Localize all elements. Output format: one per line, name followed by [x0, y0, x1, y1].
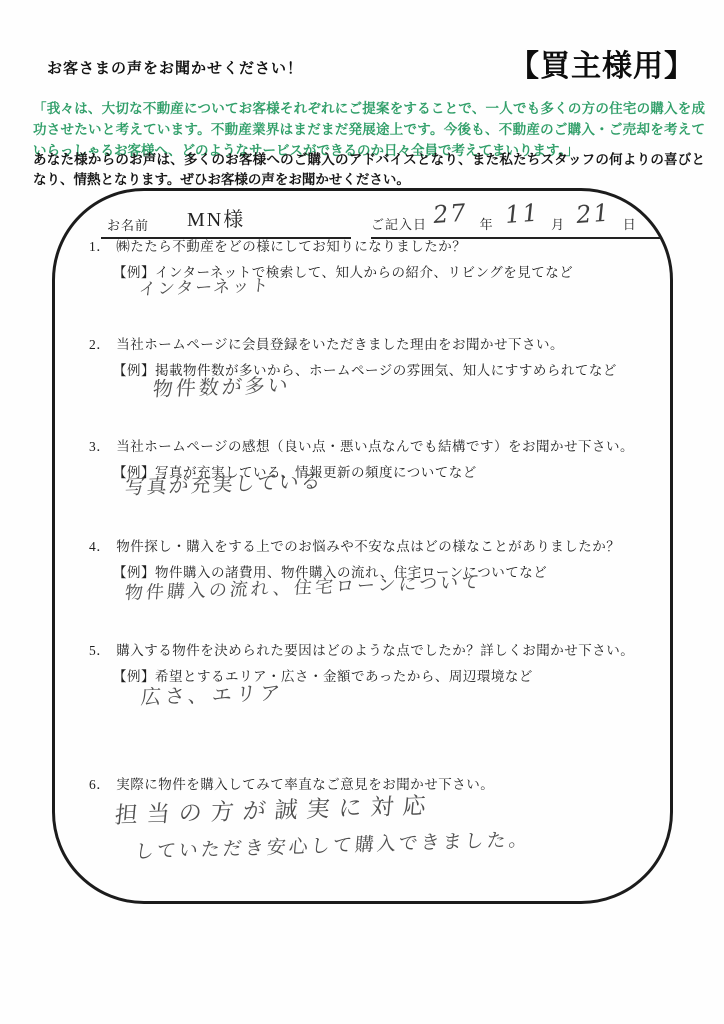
- question-2-number: 2．: [89, 333, 116, 353]
- page-title: お客さまの声をお聞かせください！: [47, 57, 303, 82]
- question-5-label: 購入する物件を決められた要因はどのような点でしたか？詳しくお聞かせ下さい。: [116, 639, 634, 659]
- question-1-handwritten-answer: インターネット: [138, 271, 272, 300]
- question-2-text: 2． 当社ホームページに会員登録をいただきました理由をお聞かせ下さい。: [89, 333, 655, 353]
- question-5-text: 5． 購入する物件を決められた要因はどのような点でしたか？詳しくお聞かせ下さい。: [89, 639, 655, 659]
- date-year-handwritten: 27: [432, 198, 469, 229]
- question-2-handwritten-answer: 物件数が多い: [152, 369, 293, 402]
- question-5-number: 5．: [89, 639, 116, 659]
- date-month-handwritten: 11: [503, 198, 540, 229]
- question-2-label: 当社ホームページに会員登録をいただきました理由をお聞かせ下さい。: [116, 333, 564, 353]
- question-4-number: 4．: [89, 535, 116, 555]
- name-value: MN様: [187, 203, 245, 232]
- question-5: 5． 購入する物件を決められた要因はどのような点でしたか？詳しくお聞かせ下さい。…: [89, 639, 655, 685]
- name-label: お名前: [107, 215, 149, 234]
- question-5-handwritten-answer: 広さ、エリア: [140, 676, 286, 710]
- question-3-label: 当社ホームページの感想（良い点・悪い点なんでも結構です）をお聞かせ下さい。: [116, 435, 634, 455]
- date-row: ご記入日 27 年 11 月 21 日: [371, 205, 661, 239]
- audience-label: 【買主様用】: [509, 52, 695, 82]
- question-1-label: ㈱たたら不動産をどの様にしてお知りになりましたか？: [116, 235, 466, 255]
- date-day-handwritten: 21: [575, 198, 612, 229]
- date-label: ご記入日: [371, 214, 427, 233]
- question-1-number: 1．: [89, 235, 116, 255]
- question-4-label: 物件探し・購入をする上でのお悩みや不安な点はどの様なことがありましたか？: [116, 535, 620, 555]
- question-4-text: 4． 物件探し・購入をする上でのお悩みや不安な点はどの様なことがありましたか？: [89, 535, 655, 555]
- date-day-unit: 日: [617, 214, 642, 233]
- intro-paragraph-black: あなた様からのお声は、多くのお客様へのご購入のアドバイスとなり、また私たちスタッ…: [33, 150, 705, 191]
- header: お客さまの声をお聞かせください！ 【買主様用】: [47, 52, 695, 82]
- question-3-text: 3． 当社ホームページの感想（良い点・悪い点なんでも結構です）をお聞かせ下さい。: [89, 435, 655, 455]
- date-month-unit: 月: [545, 214, 570, 233]
- question-3-number: 3．: [89, 435, 116, 455]
- question-6-handwritten-answer-line1: 担当の方が誠実に対応: [113, 787, 436, 830]
- question-6-number: 6．: [89, 773, 116, 793]
- survey-form-box: お名前 MN様 ご記入日 27 年 11 月 21 日 1． ㈱たたら不動産をど…: [52, 188, 673, 904]
- question-3-handwritten-answer: 写真が充実している: [124, 465, 325, 500]
- question-6-handwritten-answer-line2: していただき安心して購入できました。: [134, 825, 532, 865]
- date-year-unit: 年: [474, 214, 499, 233]
- question-1-text: 1． ㈱たたら不動産をどの様にしてお知りになりましたか？: [89, 235, 655, 255]
- scanned-survey-page: お客さまの声をお聞かせください！ 【買主様用】 「我々は、大切な不動産についてお…: [0, 0, 724, 1024]
